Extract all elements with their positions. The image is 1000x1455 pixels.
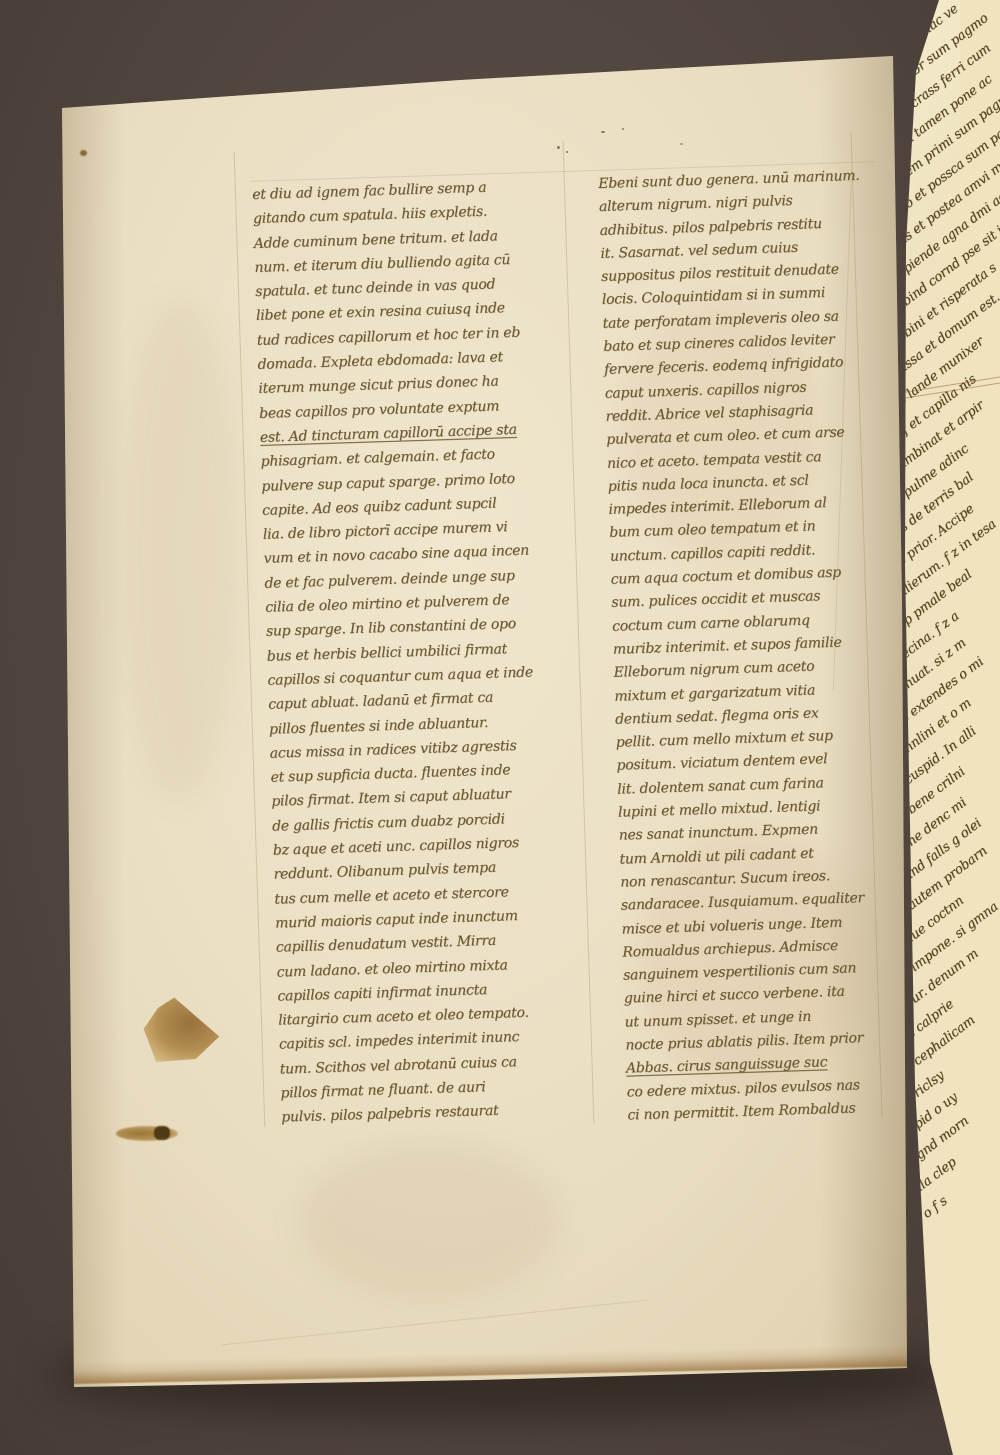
page-edge-shading-left	[55, 100, 125, 1400]
ink-speck	[601, 131, 605, 133]
ink-speck	[622, 128, 624, 130]
parchment-mottling	[300, 1140, 560, 1300]
text-column-left: et diu ad ignem fac bullire semp agitand…	[252, 179, 547, 1134]
page-edge-shading-top	[60, 2, 899, 64]
ink-speck	[557, 146, 560, 149]
small-brown-dot	[80, 150, 87, 156]
manuscript-page: et diu ad ignem fac bullire semp agitand…	[0, 0, 1000, 1455]
parchment-crease	[221, 1300, 649, 1346]
photograph-background: mi vel lac vent libr sum pagmoem crass f…	[0, 0, 1000, 1455]
ink-speck	[566, 151, 568, 153]
ink-stain	[140, 990, 230, 1065]
small-smudge-stain	[116, 1126, 178, 1141]
ink-speck	[680, 143, 683, 145]
text-column-right: Ebeni sunt duo genera. unū marinum.alter…	[598, 168, 889, 1131]
ruling-line-vertical	[563, 140, 595, 1125]
parchment-mottling	[120, 300, 240, 800]
